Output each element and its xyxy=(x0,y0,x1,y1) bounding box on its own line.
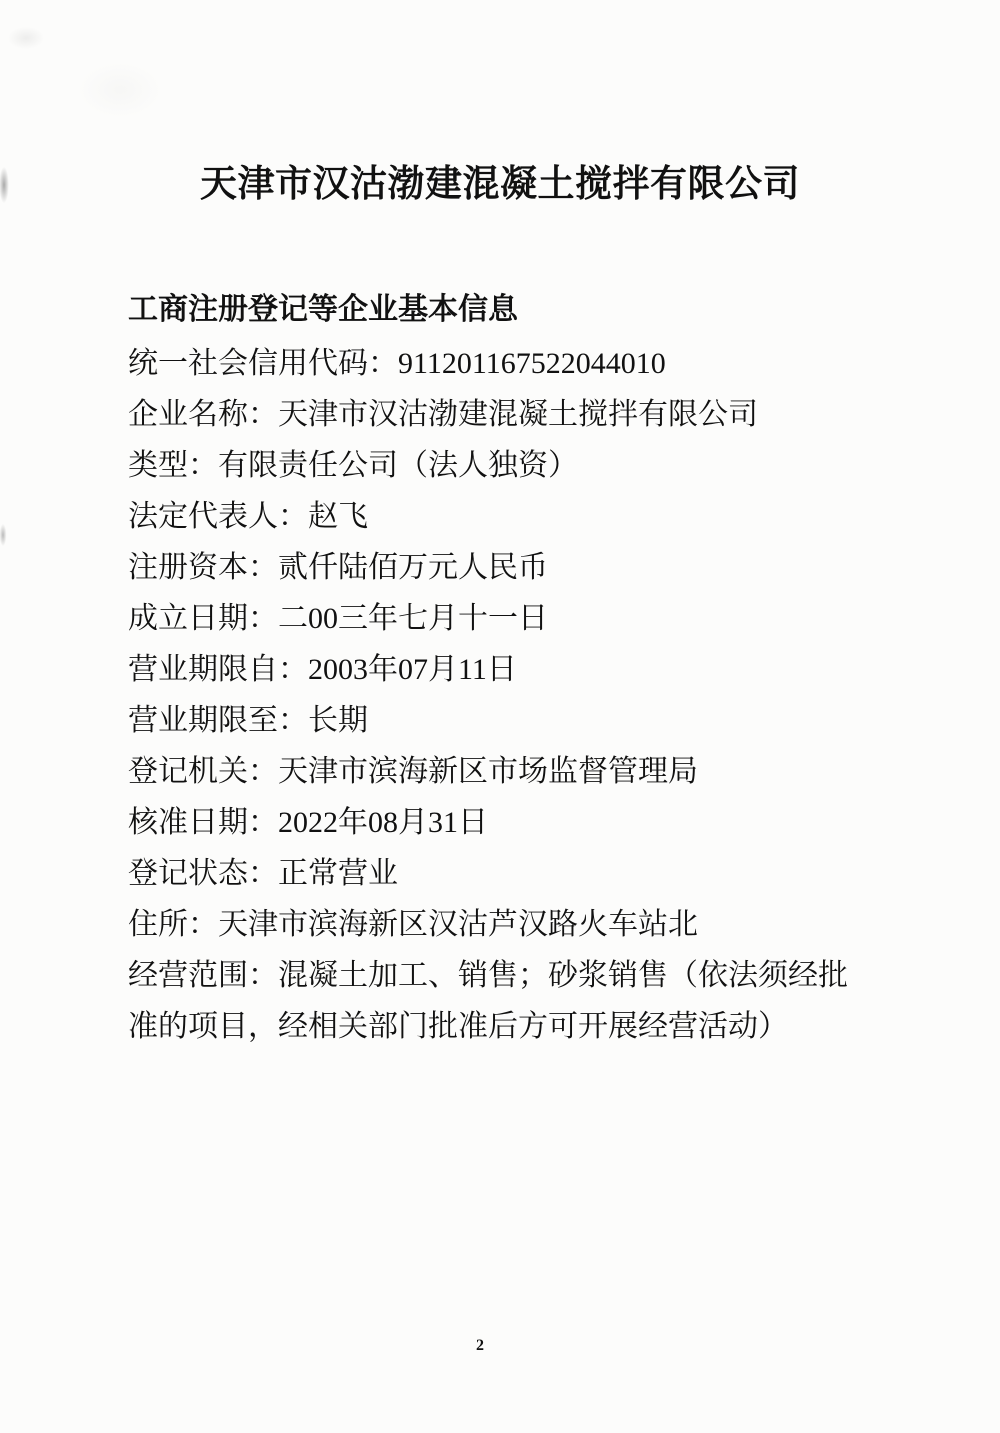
field-value: 2003年07月11日 xyxy=(308,653,517,686)
field-label: 核准日期： xyxy=(128,806,278,839)
field-row: 住所：天津市滨海新区汉沽芦汉路火车站北 xyxy=(128,899,874,950)
field-value: 正常营业 xyxy=(278,857,398,890)
field-row: 登记状态：正常营业 xyxy=(128,848,874,899)
field-row: 经营范围：混凝土加工、销售；砂浆销售（依法须经批准的项目，经相关部门批准后方可开… xyxy=(128,950,874,1052)
field-row: 登记机关：天津市滨海新区市场监督管理局 xyxy=(128,746,874,797)
page-number: 2 xyxy=(0,1337,960,1355)
field-label: 法定代表人： xyxy=(128,500,308,533)
field-value: 长期 xyxy=(308,704,368,737)
field-label: 类型： xyxy=(128,449,218,482)
field-label: 住所： xyxy=(128,908,218,941)
document-page: 天津市汉沽渤建混凝土搅拌有限公司 工商注册登记等企业基本信息 统一社会信用代码：… xyxy=(0,0,1000,1433)
field-row: 营业期限自：2003年07月11日 xyxy=(128,644,874,695)
field-row: 注册资本：贰仟陆佰万元人民币 xyxy=(128,542,874,593)
field-row: 法定代表人：赵飞 xyxy=(128,491,874,542)
fields-list: 统一社会信用代码：911201167522044010企业名称：天津市汉沽渤建混… xyxy=(128,338,874,1052)
field-label: 经营范围： xyxy=(128,959,278,992)
field-value: 911201167522044010 xyxy=(398,347,666,380)
field-label: 企业名称： xyxy=(128,398,278,431)
field-label: 登记状态： xyxy=(128,857,278,890)
field-value: 有限责任公司（法人独资） xyxy=(218,449,578,482)
field-value: 天津市滨海新区汉沽芦汉路火车站北 xyxy=(218,908,698,941)
field-label: 注册资本： xyxy=(128,551,278,584)
field-label: 统一社会信用代码： xyxy=(128,347,398,380)
field-value: 贰仟陆佰万元人民币 xyxy=(278,551,548,584)
field-label: 营业期限自： xyxy=(128,653,308,686)
field-label: 成立日期： xyxy=(128,602,278,635)
field-label: 登记机关： xyxy=(128,755,278,788)
field-row: 统一社会信用代码：911201167522044010 xyxy=(128,338,874,389)
field-value: 赵飞 xyxy=(308,500,368,533)
field-row: 核准日期：2022年08月31日 xyxy=(128,797,874,848)
field-row: 类型：有限责任公司（法人独资） xyxy=(128,440,874,491)
field-row: 企业名称：天津市汉沽渤建混凝土搅拌有限公司 xyxy=(128,389,874,440)
section-heading: 工商注册登记等企业基本信息 xyxy=(128,292,1000,328)
field-value: 二00三年七月十一日 xyxy=(278,602,548,635)
company-title: 天津市汉沽渤建混凝土搅拌有限公司 xyxy=(0,0,1000,208)
field-value: 天津市汉沽渤建混凝土搅拌有限公司 xyxy=(278,398,758,431)
field-row: 营业期限至：长期 xyxy=(128,695,874,746)
field-value: 天津市滨海新区市场监督管理局 xyxy=(278,755,698,788)
field-row: 成立日期：二00三年七月十一日 xyxy=(128,593,874,644)
field-label: 营业期限至： xyxy=(128,704,308,737)
field-value: 2022年08月31日 xyxy=(278,806,488,839)
